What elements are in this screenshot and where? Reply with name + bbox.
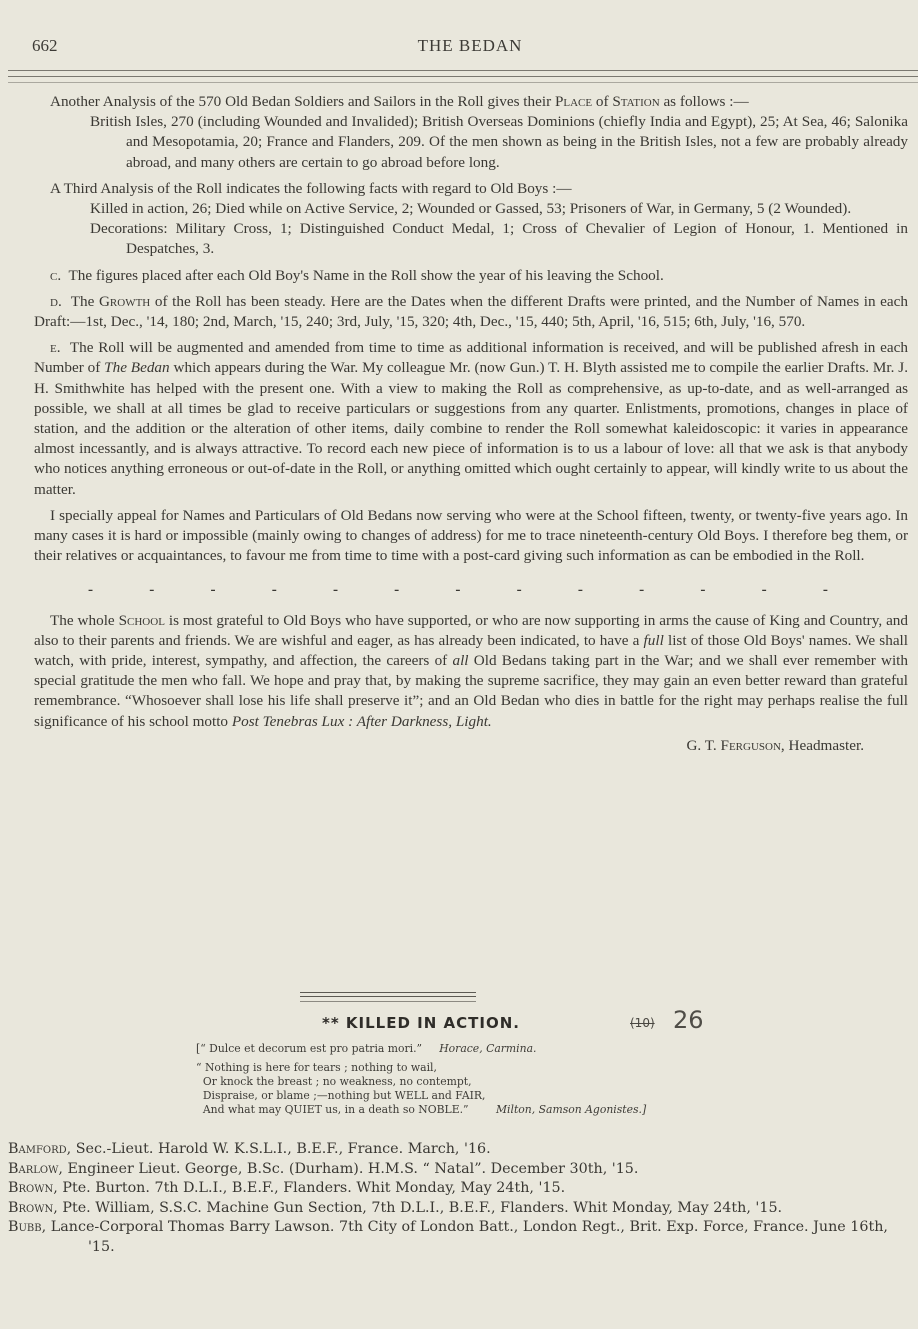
handwritten-count: 26 <box>673 1006 704 1034</box>
horace-quote: [“ Dulce et decorum est pro patria mori.… <box>196 1042 896 1056</box>
station-analysis-details: British Isles, 270 (including Wounded an… <box>34 112 908 173</box>
running-head: 662 THE BEDAN <box>32 36 908 58</box>
section-c: c. The figures placed after each Old Boy… <box>34 266 908 286</box>
killed-in-action-heading: ** KILLED IN ACTION. <box>322 1014 520 1032</box>
separator-dash: - <box>149 580 154 600</box>
journal-title: THE BEDAN <box>32 36 908 56</box>
separator-dash: - <box>700 580 705 600</box>
quote-line: Or knock the breast ; no weakness, no co… <box>196 1075 896 1089</box>
appeal-paragraph: I specially appeal for Names and Particu… <box>34 506 908 567</box>
separator-dash: - <box>517 580 522 600</box>
separator-dash: - <box>272 580 277 600</box>
separator-dash: - <box>578 580 583 600</box>
signature: G. T. Ferguson, Headmaster. <box>34 736 908 756</box>
surname: Bamford <box>8 1141 67 1157</box>
separator-dash: - <box>88 580 93 600</box>
third-analysis-intro: A Third Analysis of the Roll indicates t… <box>34 179 908 199</box>
separator-dash: - <box>639 580 644 600</box>
surname: Brown <box>8 1180 53 1196</box>
section-thin-rule <box>300 1001 476 1002</box>
station-analysis-intro: Another Analysis of the 570 Old Bedan So… <box>34 92 908 112</box>
article-body: Another Analysis of the 570 Old Bedan So… <box>34 92 908 756</box>
separator-dash: - <box>762 580 767 600</box>
entry-details: , Pte. William, S.S.C. Machine Gun Secti… <box>53 1200 782 1216</box>
entry-details: , Sec.-Lieut. Harold W. K.S.L.I., B.E.F.… <box>67 1141 491 1157</box>
milton-attribution: Milton, Samson Agonistes.] <box>469 1103 647 1116</box>
quote-line: And what may QUIET us, in a death so NOB… <box>196 1103 896 1117</box>
header-thin-rule <box>8 82 918 83</box>
entry-details: , Pte. Burton. 7th D.L.I., B.E.F., Fland… <box>53 1180 565 1196</box>
separator-dash: - <box>394 580 399 600</box>
milton-quote: “ Nothing is here for tears ; nothing to… <box>196 1061 896 1117</box>
surname: Barlow <box>8 1161 58 1177</box>
separator-dash: - <box>210 580 215 600</box>
roll-entry: Bamford, Sec.-Lieut. Harold W. K.S.L.I.,… <box>8 1140 908 1160</box>
separator-dash: - <box>823 580 828 600</box>
third-analysis-facts: Killed in action, 26; Died while on Acti… <box>34 199 908 219</box>
header-double-rule <box>8 70 918 77</box>
section-d: d. The Growth of the Roll has been stead… <box>34 292 908 332</box>
separator-dash: - <box>333 580 338 600</box>
roll-of-honour-list: Bamford, Sec.-Lieut. Harold W. K.S.L.I.,… <box>8 1140 908 1257</box>
epigraph: [“ Dulce et decorum est pro patria mori.… <box>196 1042 896 1117</box>
third-analysis-decorations: Decorations: Military Cross, 1; Distingu… <box>34 219 908 259</box>
section-double-rule <box>300 992 476 997</box>
separator-dashes: ------------- <box>88 580 828 600</box>
entry-details: , Engineer Lieut. George, B.Sc. (Durham)… <box>58 1161 638 1177</box>
surname: Brown <box>8 1200 53 1216</box>
roll-entry: Bubb, Lance-Corporal Thomas Barry Lawson… <box>8 1218 908 1257</box>
quote-line: “ Nothing is here for tears ; nothing to… <box>196 1061 896 1075</box>
roll-entry: Brown, Pte. Burton. 7th D.L.I., B.E.F., … <box>8 1179 908 1199</box>
surname: Bubb <box>8 1219 42 1235</box>
section-e: e. The Roll will be augmented and amende… <box>34 338 908 500</box>
document-page: 662 THE BEDAN Another Analysis of the 57… <box>0 0 918 1329</box>
roll-entry: Brown, Pte. William, S.S.C. Machine Gun … <box>8 1199 908 1219</box>
separator-dash: - <box>455 580 460 600</box>
quote-line: Dispraise, or blame ;—nothing but WELL a… <box>196 1089 896 1103</box>
entry-details: , Lance-Corporal Thomas Barry Lawson. 7t… <box>42 1219 888 1255</box>
struck-out-count: (10) <box>630 1016 655 1030</box>
roll-entry: Barlow, Engineer Lieut. George, B.Sc. (D… <box>8 1160 908 1180</box>
closing-paragraph: The whole School is most grateful to Old… <box>34 611 908 732</box>
